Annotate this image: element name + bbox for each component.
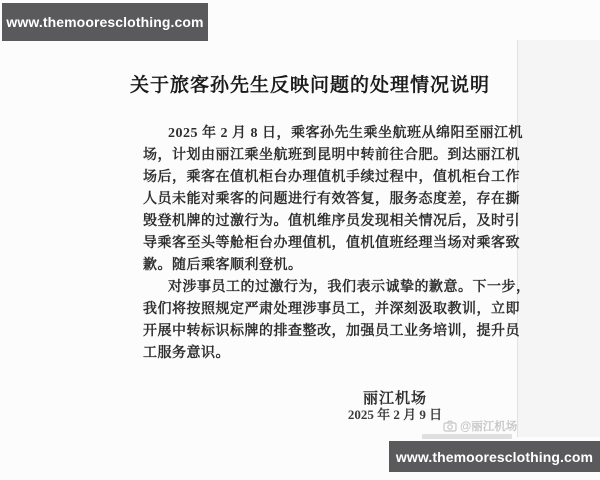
body-line: 我们将按照规定严肃处理涉事员工，并深刻汲取教训，立即 [143, 299, 488, 321]
document-title: 关于旅客孙先生反映问题的处理情况说明 [90, 70, 530, 97]
body-line: 开展中转标识标牌的排查整改，加强员工业务培训，提升员 [143, 321, 488, 343]
body-line: 毁登机牌的过激行为。值机维序员发现相关情况后，及时引 [143, 211, 488, 233]
body-line: 导乘客至头等舱柜台办理值机，值机值班经理当场对乘客致 [143, 233, 488, 255]
body-line: 歉。随后乘客顺利登机。 [143, 255, 488, 277]
body-line: 2025 年 2 月 8 日，乘客孙先生乘坐航班从绵阳至丽江机 [143, 123, 488, 145]
camera-icon [443, 420, 457, 432]
page-right-edge [517, 40, 600, 437]
photo-credit-watermark: @丽江机场 [443, 418, 517, 434]
watermark-url-top: www.themooresclothing.com [6, 14, 203, 30]
document-body: 2025 年 2 月 8 日，乘客孙先生乘坐航班从绵阳至丽江机 场，计划由丽江乘… [143, 123, 488, 365]
page-bottom-edge-shadow [422, 434, 512, 439]
watermark-banner-bottom: www.themooresclothing.com [389, 441, 600, 472]
body-line: 场，计划由丽江乘坐航班到昆明中转前往合肥。到达丽江机 [143, 145, 488, 167]
body-line: 场后，乘客在值机柜台办理值机手续过程中，值机柜台工作 [143, 167, 488, 189]
body-line: 工服务意识。 [143, 343, 488, 365]
photo-credit-text: @丽江机场 [460, 418, 517, 434]
body-line: 人员未能对乘客的问题进行有效答复，服务态度差，存在撕 [143, 189, 488, 211]
document-photo: { "top_banner": { "text": "www.themoores… [0, 0, 600, 480]
watermark-banner-top: www.themooresclothing.com [2, 3, 208, 41]
body-line: 对涉事员工的过激行为，我们表示诚挚的歉意。下一步， [143, 277, 488, 299]
watermark-url-bottom: www.themooresclothing.com [396, 449, 593, 465]
